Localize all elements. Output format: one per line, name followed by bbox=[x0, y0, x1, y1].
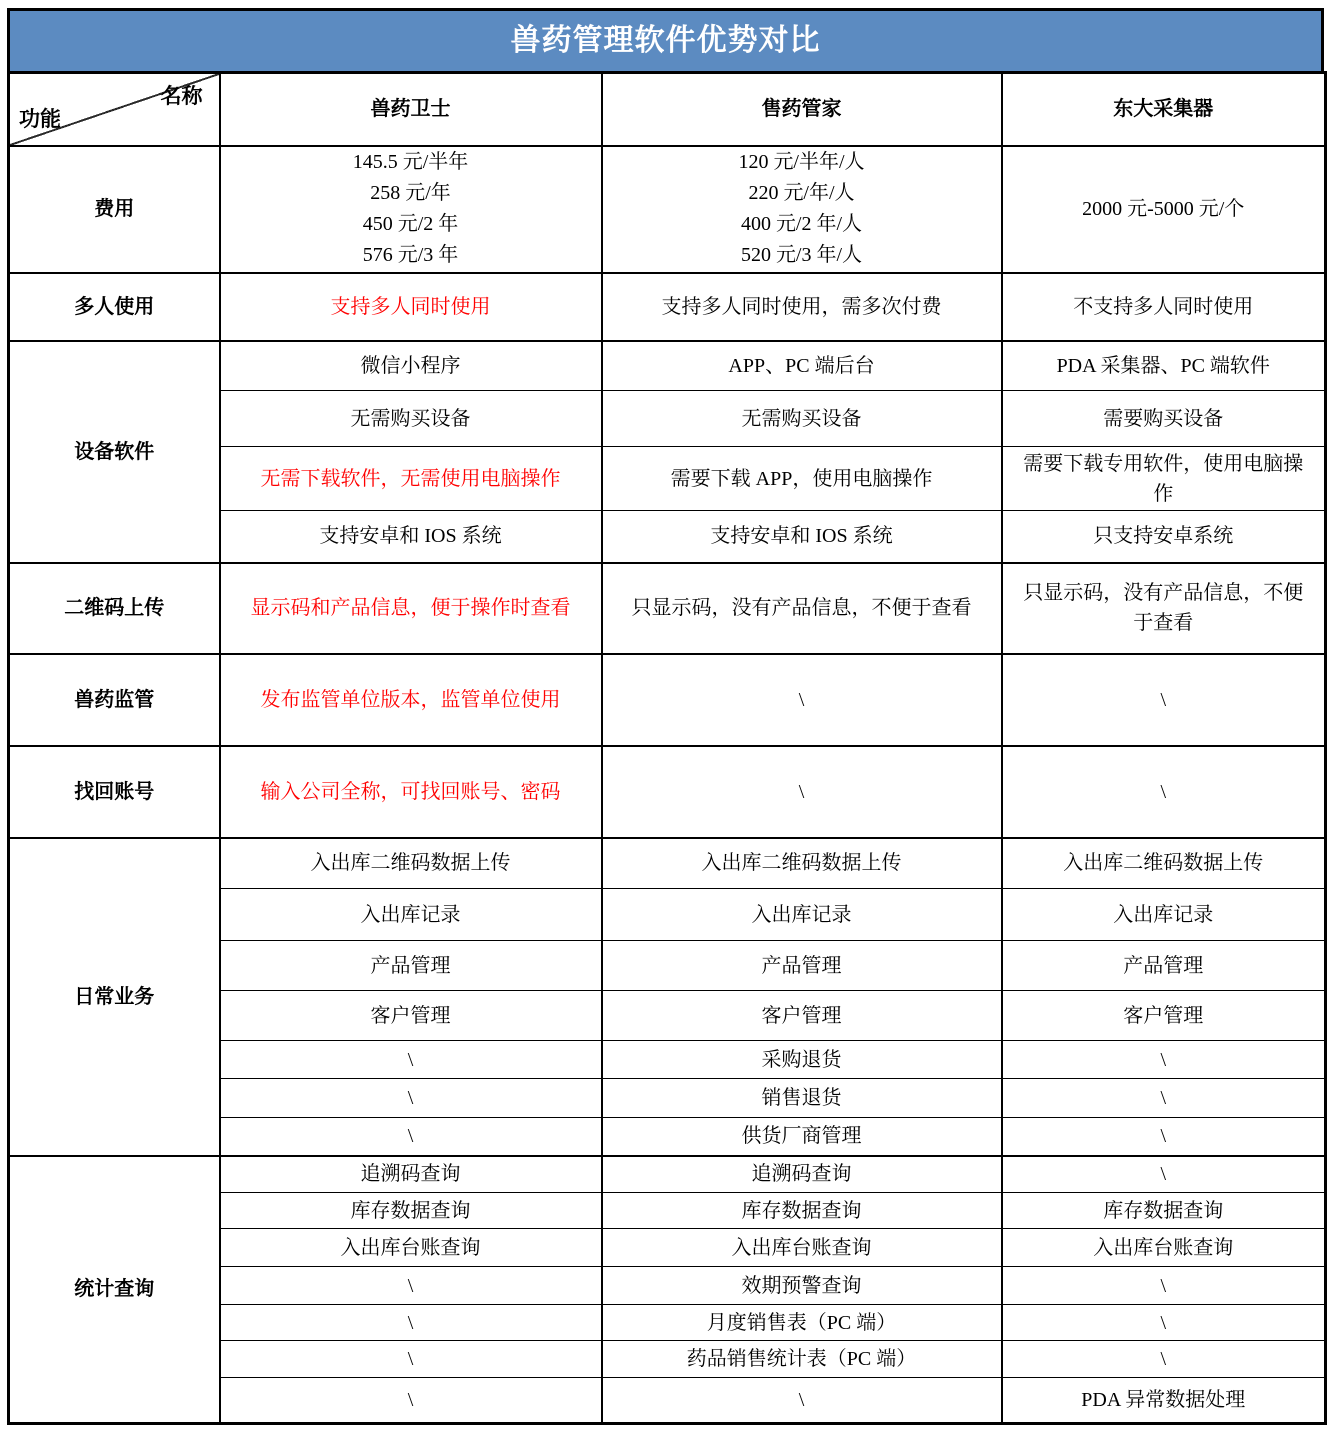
table-cell: \ bbox=[1002, 1041, 1326, 1079]
table-cell: 支持安卓和 IOS 系统 bbox=[602, 511, 1002, 563]
table-cell: 无需购买设备 bbox=[602, 391, 1002, 447]
row-label: 统计查询 bbox=[9, 1156, 220, 1424]
table-cell: PDA 异常数据处理 bbox=[1002, 1378, 1326, 1424]
table-cell: 145.5 元/半年258 元/年450 元/2 年576 元/3 年 bbox=[220, 146, 602, 273]
table-cell: 2000 元-5000 元/个 bbox=[1002, 146, 1326, 273]
row-label: 设备软件 bbox=[9, 341, 220, 563]
table-cell: \ bbox=[602, 746, 1002, 838]
cell-line: 220 元/年/人 bbox=[619, 178, 985, 209]
table-cell: \ bbox=[1002, 654, 1326, 746]
table-cell: 库存数据查询 bbox=[1002, 1193, 1326, 1229]
table-cell: \ bbox=[602, 654, 1002, 746]
table-cell: 需要下载专用软件，使用电脑操作 bbox=[1002, 447, 1326, 511]
table-cell: 入出库记录 bbox=[220, 889, 602, 941]
row-label: 二维码上传 bbox=[9, 563, 220, 654]
table-cell: \ bbox=[220, 1305, 602, 1341]
table-cell: 供货厂商管理 bbox=[602, 1118, 1002, 1156]
table-row: 二维码上传显示码和产品信息，便于操作时查看只显示码，没有产品信息，不便于查看只显… bbox=[9, 563, 1326, 654]
table-cell: APP、PC 端后台 bbox=[602, 341, 1002, 391]
table-cell: \ bbox=[1002, 1267, 1326, 1305]
table-cell: 客户管理 bbox=[220, 991, 602, 1041]
table-cell: 效期预警查询 bbox=[602, 1267, 1002, 1305]
table-cell: \ bbox=[220, 1041, 602, 1079]
table-cell: 支持安卓和 IOS 系统 bbox=[220, 511, 602, 563]
table-cell: 微信小程序 bbox=[220, 341, 602, 391]
table-row: 找回账号输入公司全称，可找回账号、密码\\ bbox=[9, 746, 1326, 838]
table-cell: 显示码和产品信息，便于操作时查看 bbox=[220, 563, 602, 654]
table-cell: \ bbox=[1002, 1156, 1326, 1193]
table-cell: 药品销售统计表（PC 端） bbox=[602, 1341, 1002, 1378]
table-cell: 月度销售表（PC 端） bbox=[602, 1305, 1002, 1341]
table-cell: 入出库台账查询 bbox=[602, 1229, 1002, 1267]
header-row: 名称 功能 兽药卫士 售药管家 东大采集器 bbox=[9, 73, 1326, 146]
row-label: 找回账号 bbox=[9, 746, 220, 838]
table-cell: \ bbox=[220, 1341, 602, 1378]
table-cell: 发布监管单位版本，监管单位使用 bbox=[220, 654, 602, 746]
table-cell: \ bbox=[220, 1378, 602, 1424]
table-row: 费用145.5 元/半年258 元/年450 元/2 年576 元/3 年120… bbox=[9, 146, 1326, 273]
table-cell: 采购退货 bbox=[602, 1041, 1002, 1079]
table-cell: \ bbox=[220, 1079, 602, 1118]
column-header-dongda-caijiqi: 东大采集器 bbox=[1002, 73, 1326, 146]
table-cell: 入出库二维码数据上传 bbox=[1002, 838, 1326, 889]
table-cell: \ bbox=[602, 1378, 1002, 1424]
table-cell: 支持多人同时使用 bbox=[220, 273, 602, 341]
table-cell: \ bbox=[220, 1267, 602, 1305]
table-cell: 120 元/半年/人220 元/年/人400 元/2 年/人520 元/3 年/… bbox=[602, 146, 1002, 273]
row-label: 日常业务 bbox=[9, 838, 220, 1156]
cell-line: 450 元/2 年 bbox=[237, 209, 585, 240]
table-cell: 产品管理 bbox=[1002, 941, 1326, 991]
table-cell: 入出库记录 bbox=[1002, 889, 1326, 941]
table-cell: 入出库二维码数据上传 bbox=[220, 838, 602, 889]
comparison-page: 兽药管理软件优势对比 名称 功能 兽药卫士 售药管家 东大采集器 费用145.5… bbox=[7, 8, 1324, 1425]
table-cell: \ bbox=[1002, 1118, 1326, 1156]
table-cell: \ bbox=[1002, 1341, 1326, 1378]
cell-line: 258 元/年 bbox=[237, 178, 585, 209]
table-row: 统计查询追溯码查询追溯码查询\ bbox=[9, 1156, 1326, 1193]
table-cell: 需要购买设备 bbox=[1002, 391, 1326, 447]
row-label: 兽药监管 bbox=[9, 654, 220, 746]
table-cell: 无需购买设备 bbox=[220, 391, 602, 447]
corner-label-function: 功能 bbox=[19, 104, 61, 136]
row-label: 多人使用 bbox=[9, 273, 220, 341]
cell-line: 520 元/3 年/人 bbox=[619, 240, 985, 271]
column-header-shouyao-guanjia: 售药管家 bbox=[602, 73, 1002, 146]
cell-line: 400 元/2 年/人 bbox=[619, 209, 985, 240]
cell-line: 120 元/半年/人 bbox=[619, 147, 985, 178]
table-cell: 产品管理 bbox=[220, 941, 602, 991]
table-cell: 入出库二维码数据上传 bbox=[602, 838, 1002, 889]
table-cell: \ bbox=[1002, 1305, 1326, 1341]
table-cell: 输入公司全称，可找回账号、密码 bbox=[220, 746, 602, 838]
table-cell: 追溯码查询 bbox=[220, 1156, 602, 1193]
table-row: 日常业务入出库二维码数据上传入出库二维码数据上传入出库二维码数据上传 bbox=[9, 838, 1326, 889]
table-cell: 产品管理 bbox=[602, 941, 1002, 991]
table-cell: 客户管理 bbox=[602, 991, 1002, 1041]
table-cell: 支持多人同时使用，需多次付费 bbox=[602, 273, 1002, 341]
table-cell: \ bbox=[220, 1118, 602, 1156]
table-cell: 销售退货 bbox=[602, 1079, 1002, 1118]
table-cell: 需要下载 APP，使用电脑操作 bbox=[602, 447, 1002, 511]
table-cell: 入出库台账查询 bbox=[1002, 1229, 1326, 1267]
table-row: 兽药监管发布监管单位版本，监管单位使用\\ bbox=[9, 654, 1326, 746]
corner-cell: 名称 功能 bbox=[9, 73, 220, 146]
table-cell: PDA 采集器、PC 端软件 bbox=[1002, 341, 1326, 391]
cell-line: 576 元/3 年 bbox=[237, 240, 585, 271]
veterinary-software-comparison-table: 名称 功能 兽药卫士 售药管家 东大采集器 费用145.5 元/半年258 元/… bbox=[7, 71, 1327, 1425]
table-row: 多人使用支持多人同时使用支持多人同时使用，需多次付费不支持多人同时使用 bbox=[9, 273, 1326, 341]
table-title: 兽药管理软件优势对比 bbox=[7, 8, 1324, 71]
corner-label-name: 名称 bbox=[161, 81, 203, 113]
row-label: 费用 bbox=[9, 146, 220, 273]
table-cell: 只显示码，没有产品信息，不便于查看 bbox=[602, 563, 1002, 654]
table-cell: 客户管理 bbox=[1002, 991, 1326, 1041]
table-cell: 追溯码查询 bbox=[602, 1156, 1002, 1193]
table-cell: 无需下载软件，无需使用电脑操作 bbox=[220, 447, 602, 511]
table-cell: 只支持安卓系统 bbox=[1002, 511, 1326, 563]
table-cell: 只显示码，没有产品信息，不便于查看 bbox=[1002, 563, 1326, 654]
cell-line: 145.5 元/半年 bbox=[237, 147, 585, 178]
table-cell: \ bbox=[1002, 1079, 1326, 1118]
table-cell: 库存数据查询 bbox=[220, 1193, 602, 1229]
table-cell: 不支持多人同时使用 bbox=[1002, 273, 1326, 341]
table-cell: 入出库记录 bbox=[602, 889, 1002, 941]
table-row: 设备软件微信小程序APP、PC 端后台PDA 采集器、PC 端软件 bbox=[9, 341, 1326, 391]
table-cell: 库存数据查询 bbox=[602, 1193, 1002, 1229]
table-cell: 入出库台账查询 bbox=[220, 1229, 602, 1267]
table-cell: \ bbox=[1002, 746, 1326, 838]
column-header-shouyao-weishi: 兽药卫士 bbox=[220, 73, 602, 146]
